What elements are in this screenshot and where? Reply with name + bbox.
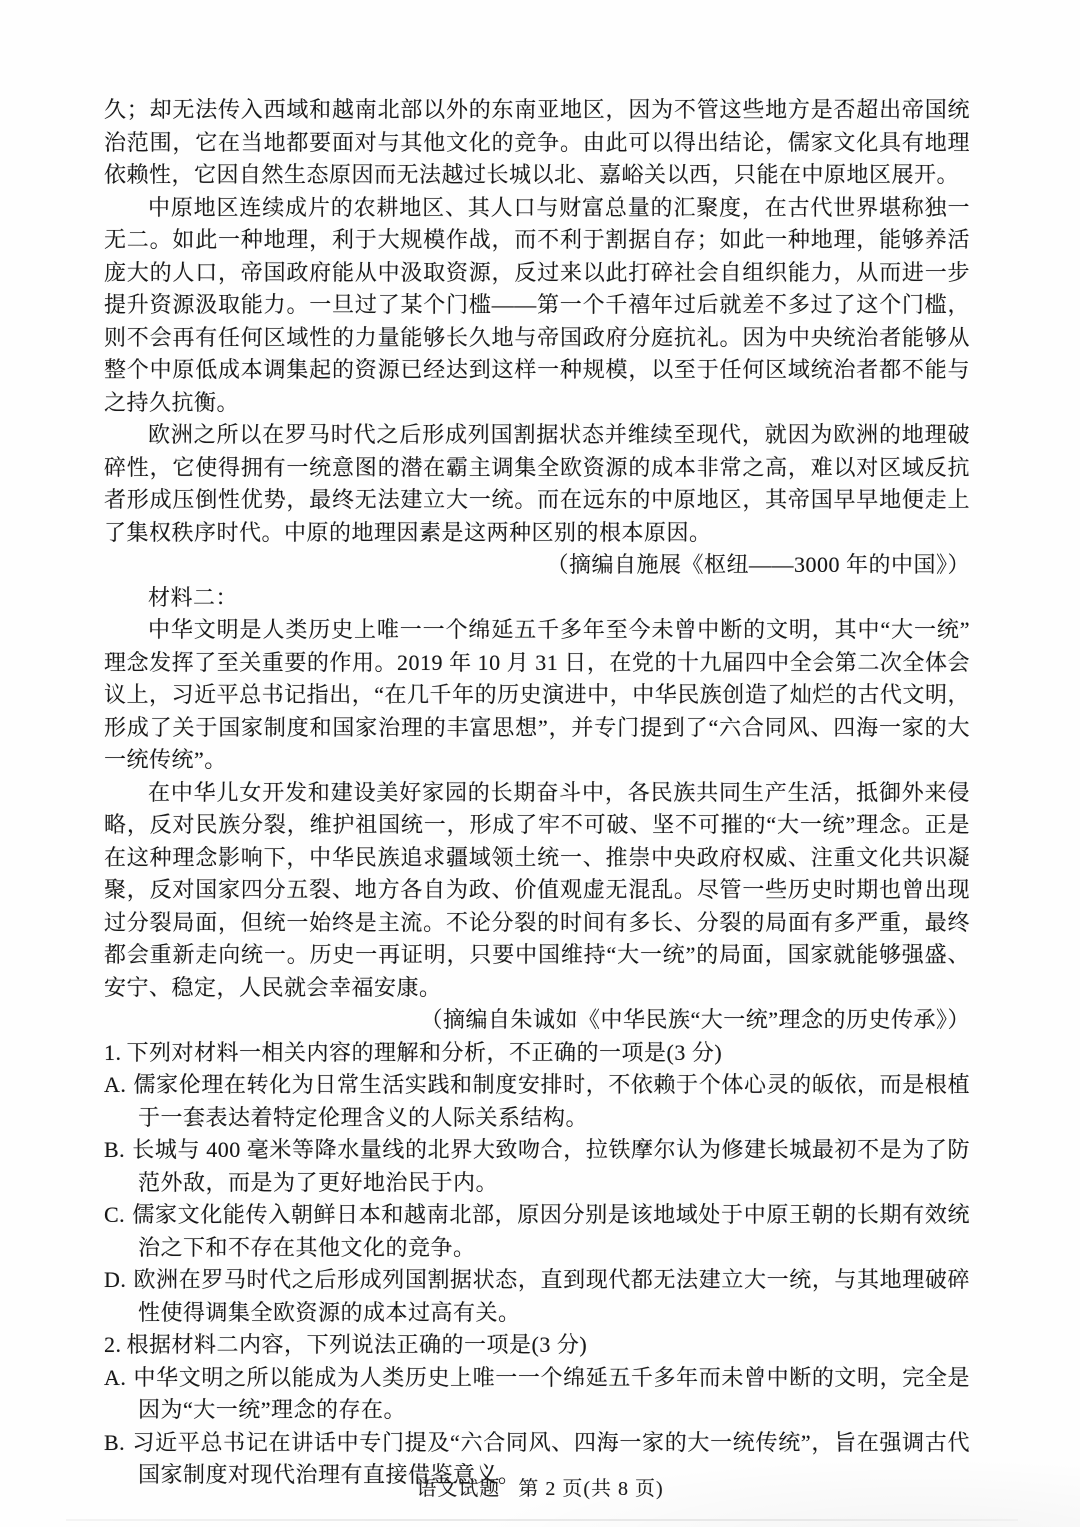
option-label: D. [104,1267,133,1292]
exam-content: 久；却无法传入西域和越南北部以外的东南亚地区，因为不管这些地方是否超出帝国统治范… [104,94,970,1492]
material-two-paragraph-1: 中华文明是人类历史上唯一一个绵延五千多年至今未曾中断的文明，其中“大一统”理念发… [104,614,970,777]
material-one-paragraph-3: 欧洲之所以在罗马时代之后形成列国割据状态并维续至现代，就因为欧洲的地理破碎性，它… [104,419,970,549]
question-2: 2.根据材料二内容，下列说法正确的一项是(3 分) A.中华文明之所以能成为人类… [104,1329,970,1492]
option-text: 长城与 400 毫米等降水量线的北界大致吻合，拉铁摩尔认为修建长城最初不是为了防… [132,1137,970,1195]
question-1-option-c: C.儒家文化能传入朝鲜日本和越南北部，原因分别是该地域处于中原王朝的长期有效统治… [104,1199,970,1264]
option-label: B. [104,1137,132,1162]
question-1-stem-text: 下列对材料一相关内容的理解和分析，不正确的一项是(3 分) [127,1040,723,1065]
option-label: A. [104,1072,133,1097]
exam-page: 久；却无法传入西域和越南北部以外的东南亚地区，因为不管这些地方是否超出帝国统治范… [0,0,1080,1527]
footer-doc-title: 语文试题 [416,1478,500,1500]
material-one-paragraph-1: 久；却无法传入西域和越南北部以外的东南亚地区，因为不管这些地方是否超出帝国统治范… [104,94,970,192]
option-text: 中华文明之所以能成为人类历史上唯一一个绵延五千多年而未曾中断的文明，完全是因为“… [133,1365,970,1423]
question-2-stem: 2.根据材料二内容，下列说法正确的一项是(3 分) [104,1329,970,1362]
material-two-citation: （摘编自朱诚如《中华民族“大一统”理念的历史传承》） [104,1004,970,1037]
material-two-paragraph-2: 在中华儿女开发和建设美好家园的长期奋斗中，各民族共同生产生活，抵御外来侵略，反对… [104,777,970,1005]
question-1-stem: 1.下列对材料一相关内容的理解和分析，不正确的一项是(3 分) [104,1037,970,1070]
material-one-citation: （摘编自施展《枢纽——3000 年的中国》） [104,549,970,582]
scan-edge-artifact [66,1519,1018,1521]
option-text: 儒家文化能传入朝鲜日本和越南北部，原因分别是该地域处于中原王朝的长期有效统治之下… [132,1202,970,1260]
material-one-paragraph-2: 中原地区连续成片的农耕地区、其人口与财富总量的汇聚度，在古代世界堪称独一无二。如… [104,192,970,420]
page-footer: 语文试题第 2 页(共 8 页) [0,1472,1080,1501]
footer-page-number: 第 2 页(共 8 页) [518,1478,663,1500]
option-label: A. [104,1365,133,1390]
question-1: 1.下列对材料一相关内容的理解和分析，不正确的一项是(3 分) A.儒家伦理在转… [104,1037,970,1330]
option-label: B. [104,1430,132,1455]
question-2-number: 2. [104,1332,127,1357]
question-1-number: 1. [104,1040,127,1065]
question-2-stem-text: 根据材料二内容，下列说法正确的一项是(3 分) [127,1332,588,1357]
material-two-heading: 材料二： [104,582,970,615]
option-label: C. [104,1202,132,1227]
option-text: 儒家伦理在转化为日常生活实践和制度安排时，不依赖于个体心灵的皈依，而是根植于一套… [133,1072,970,1130]
option-text: 欧洲在罗马时代之后形成列国割据状态，直到现代都无法建立大一统，与其地理破碎性使得… [133,1267,970,1325]
question-2-option-a: A.中华文明之所以能成为人类历史上唯一一个绵延五千多年而未曾中断的文明，完全是因… [104,1362,970,1427]
question-1-option-a: A.儒家伦理在转化为日常生活实践和制度安排时，不依赖于个体心灵的皈依，而是根植于… [104,1069,970,1134]
question-1-option-d: D.欧洲在罗马时代之后形成列国割据状态，直到现代都无法建立大一统，与其地理破碎性… [104,1264,970,1329]
question-1-option-b: B.长城与 400 毫米等降水量线的北界大致吻合，拉铁摩尔认为修建长城最初不是为… [104,1134,970,1199]
